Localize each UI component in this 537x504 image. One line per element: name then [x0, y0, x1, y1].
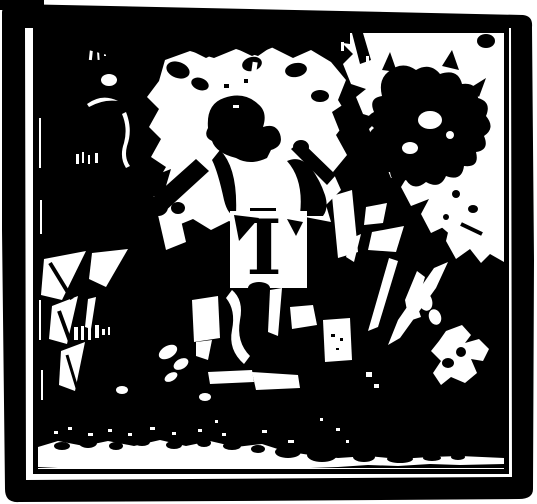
corner-notch — [0, 0, 44, 10]
woodcut-canvas: I — [0, 0, 537, 504]
woodcut-initial-illustration: I — [0, 0, 537, 504]
initial-letter: I — [246, 203, 282, 292]
initial-plaque: I — [230, 203, 307, 294]
woodcut-scene: I — [38, 33, 504, 469]
